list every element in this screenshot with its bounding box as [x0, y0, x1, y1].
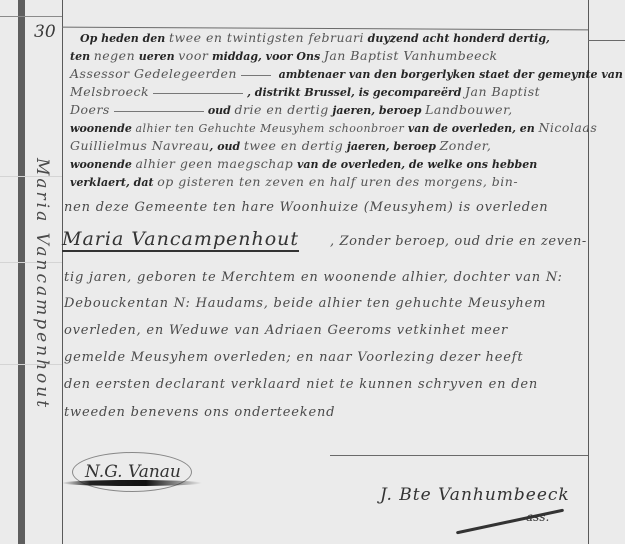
margin-rule [62, 0, 63, 544]
printed-text: middag, voor Ons [212, 50, 320, 63]
handwritten-text: Melsbroeck [70, 84, 149, 99]
handwritten-text: op gisteren ten zeven en half uren des m… [157, 174, 518, 189]
top-right-rule [588, 40, 625, 41]
printed-text: , oud [210, 140, 241, 153]
printed-text: woonende [70, 158, 132, 171]
handwritten-text: Jan Baptist [465, 84, 540, 99]
body-line: den eersten declarant verklaard niet te … [64, 377, 538, 392]
handwritten-text: alhier geen maegschap [135, 156, 293, 171]
printed-text: jaeren, beroep [347, 140, 436, 153]
printed-text: jaeren, beroep [332, 104, 421, 117]
officer-signature: J. Bte Vanhumbeeck [380, 485, 570, 505]
handwritten-text: Assessor Gedelegeerden [70, 66, 237, 81]
handwritten-text: Zonder, [440, 138, 492, 153]
body-line: gemelde Meusyhem overleden; en naar Voor… [64, 350, 523, 365]
printed-text: van de overleden, de welke ons hebben [297, 158, 537, 171]
handwritten-text: drie en dertig [235, 102, 329, 117]
printed-text: ueren [139, 50, 175, 63]
printed-text: oud [208, 104, 231, 117]
printed-text: woonende [70, 122, 132, 135]
handwritten-text: alhier ten Gehuchte Meusyhem schoonbroer [135, 122, 404, 135]
handwritten-text: twee en dertig [244, 138, 343, 153]
printed-text: Op heden den [80, 32, 165, 45]
form-line-2: ten negen ueren voor middag, voor Ons Ja… [70, 48, 498, 65]
signature-underline [62, 480, 202, 486]
deceased-name: Maria Vancampenhout [62, 228, 299, 252]
form-line-1: Op heden den twee en twintigsten februar… [80, 30, 550, 47]
printed-text: , distrikt Brussel, is gecompareërd [247, 86, 461, 99]
body-line: nen deze Gemeente ten hare Woonhuize (Me… [64, 200, 548, 215]
document-page: 30 Maria Vancampenhout Op heden den twee… [0, 0, 625, 544]
handwritten-text: Doers [70, 102, 110, 117]
printed-text: duyzend acht honderd dertig, [368, 32, 550, 45]
form-line-5: Doersoud drie en dertig jaeren, beroep L… [70, 102, 513, 119]
top-left-rule [0, 16, 62, 17]
binding-bar [18, 0, 25, 544]
form-line-3: Assessor Gedelegeerden ambtenaer van den… [70, 66, 623, 83]
body-line: , Zonder beroep, oud drie en zeven- [330, 234, 587, 249]
form-line-6: woonende alhier ten Gehuchte Meusyhem sc… [70, 120, 597, 137]
handwritten-text: Guillielmus Navreau [70, 138, 210, 153]
body-line: Debouckentan N: Haudams, beide alhier te… [64, 296, 546, 311]
body-line: tig jaren, geboren te Merchtem en woonen… [64, 270, 563, 285]
form-line-8: woonende alhier geen maegschap van de ov… [70, 156, 537, 173]
handwritten-text: Nicolaas [538, 120, 597, 135]
handwritten-text: Jan Baptist Vanhumbeeck [324, 48, 498, 63]
closing-rule [330, 455, 588, 456]
witness-signature: N.G. Vanau [85, 462, 181, 482]
handwritten-text: twee en twintigsten februari [169, 30, 364, 45]
form-line-9: verklaert, dat op gisteren ten zeven en … [70, 174, 518, 191]
printed-text: ten [70, 50, 90, 63]
printed-text: ambtenaer van den borgerlyken staet der … [279, 68, 623, 81]
handwritten-text: Landbouwer, [425, 102, 513, 117]
form-line-4: Melsbroeck, distrikt Brussel, is gecompa… [70, 84, 540, 101]
printed-text: verklaert, dat [70, 176, 154, 189]
handwritten-text: negen [94, 48, 135, 63]
entry-number: 30 [34, 22, 56, 42]
margin-name: Maria Vancampenhout [28, 158, 52, 398]
body-line: tweeden benevens ons onderteekend [64, 405, 335, 420]
printed-text: van de overleden, en [408, 122, 535, 135]
form-line-7: Guillielmus Navreau, oud twee en dertig … [70, 138, 491, 155]
body-line: overleden, en Weduwe van Adriaen Geeroms… [64, 323, 508, 338]
handwritten-text: voor [178, 48, 208, 63]
